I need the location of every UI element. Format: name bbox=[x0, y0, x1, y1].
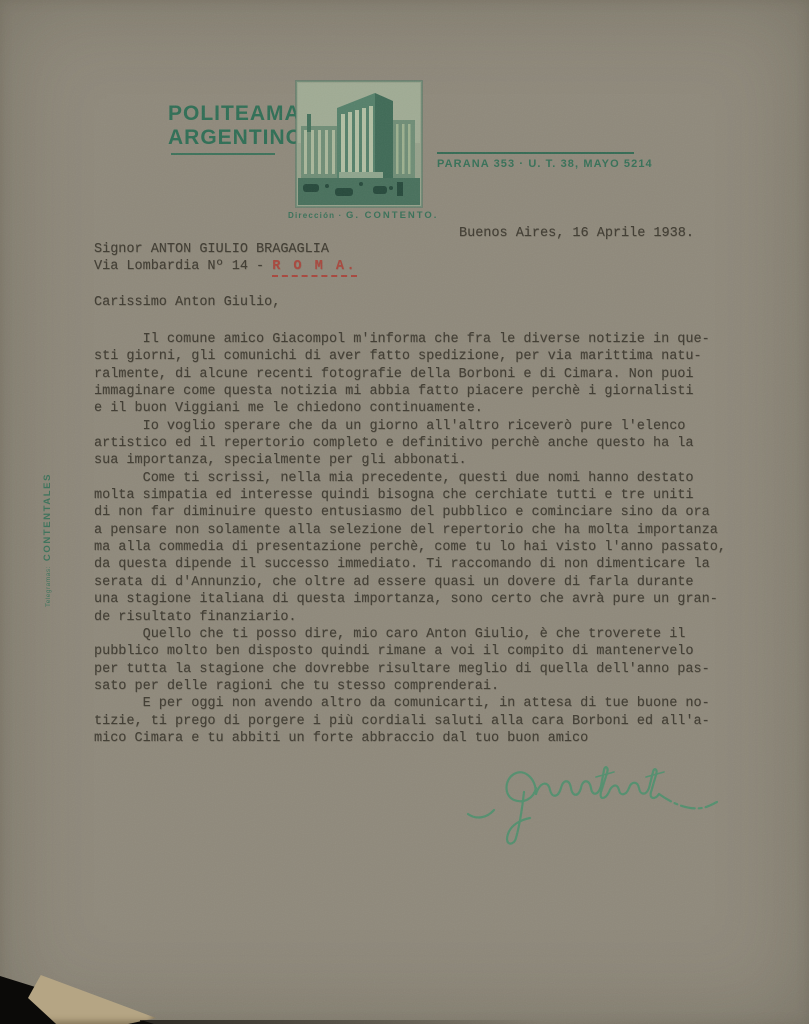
direction-name: G. CONTENTO. bbox=[346, 210, 438, 221]
dateline: Buenos Aires, 16 Aprile 1938. bbox=[459, 226, 694, 241]
contact-rule bbox=[437, 152, 634, 154]
theater-building-illustration bbox=[295, 80, 423, 208]
brand-underline-rule bbox=[171, 153, 275, 155]
recipient-city-roma: R O M A. bbox=[272, 259, 357, 277]
bottom-edge-shadow bbox=[140, 1020, 540, 1024]
direction-caption: Dirección · G. CONTENTO. bbox=[288, 210, 430, 221]
letterhead-brand: POLITEAMA ARGENTINO bbox=[168, 102, 303, 150]
handwritten-signature bbox=[440, 752, 730, 852]
telegram-label: Telegramas: bbox=[45, 566, 52, 607]
salutation: Carissimo Anton Giulio, bbox=[94, 295, 280, 310]
letter-body: Il comune amico Giacompol m'informa che … bbox=[94, 331, 760, 747]
brand-line-argentino: ARGENTINO bbox=[168, 126, 303, 150]
brand-line-politeama: POLITEAMA bbox=[168, 102, 303, 126]
contact-line: PARANA 353 · U. T. 38, MAYO 5214 bbox=[437, 158, 653, 170]
telegram-imprint: Telegramas:CONTENTALES bbox=[37, 473, 55, 607]
direction-label: Dirección · bbox=[288, 211, 343, 220]
recipient-address-line: Via Lombardia Nº 14 - R O M A. bbox=[94, 259, 357, 274]
telegram-name: CONTENTALES bbox=[42, 473, 53, 561]
recipient-name-line: Signor ANTON GIULIO BRAGAGLIA bbox=[94, 242, 329, 257]
scanned-letter-page: POLITEAMA ARGENTINO bbox=[0, 0, 809, 1024]
recipient-address-prefix: Via Lombardia Nº 14 - bbox=[94, 259, 272, 274]
